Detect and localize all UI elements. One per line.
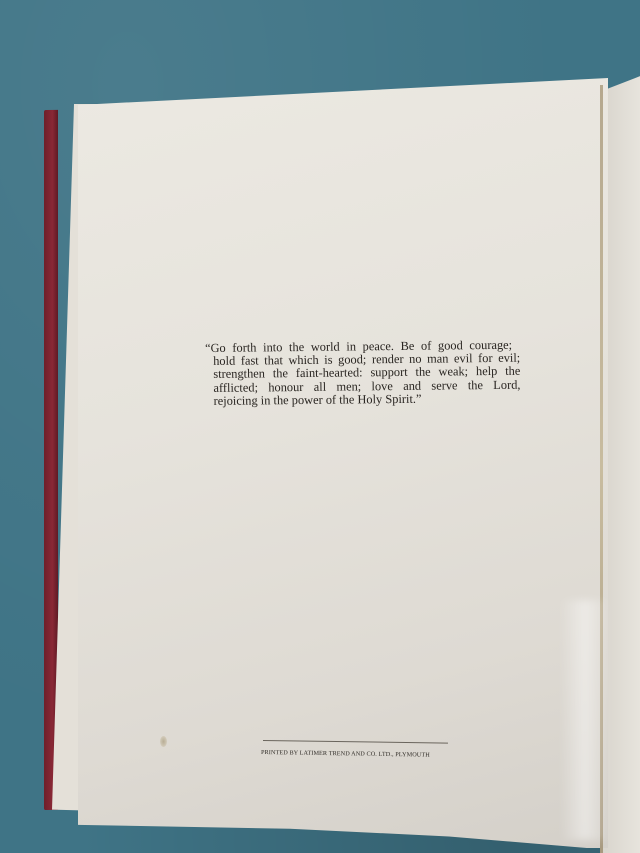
page-blemish [160,736,167,747]
page-glare [560,600,610,840]
photo-scene: “Go forth into the world in peace. Be of… [0,0,640,853]
book-page [78,78,608,848]
blessing-quote: “Go forth into the world in peace. Be of… [205,338,541,408]
